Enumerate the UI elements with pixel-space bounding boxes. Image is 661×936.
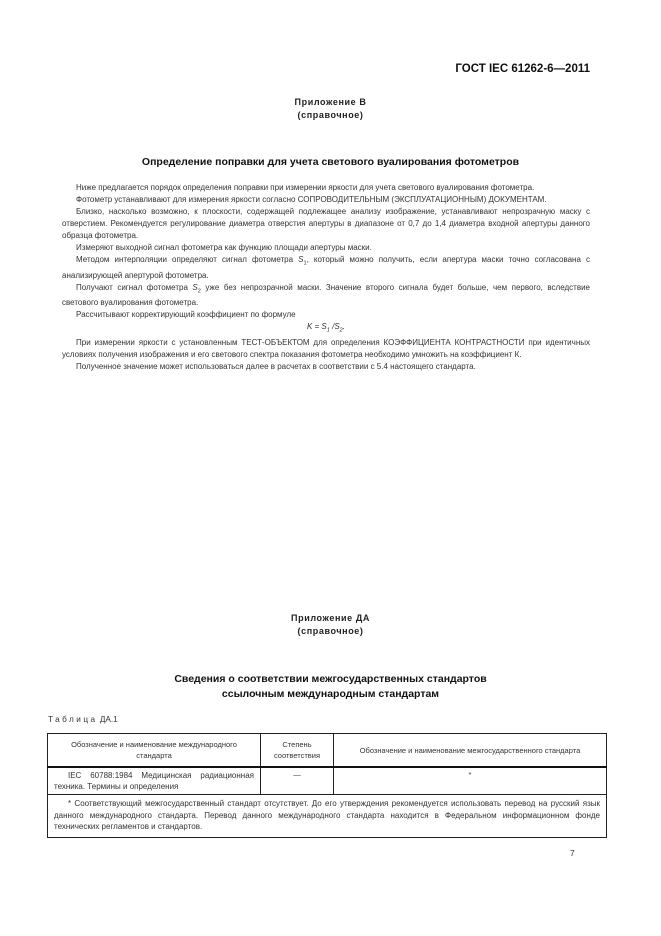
annex-da-heading: Приложение ДА (справочное) bbox=[0, 612, 661, 638]
table-footnote: * Соответствующий межгосударственный ста… bbox=[48, 795, 607, 838]
table-header-row: Обозначение и наименование международног… bbox=[48, 734, 607, 768]
paragraph: Близко, насколько возможно, к плоскости,… bbox=[62, 206, 590, 242]
table-footnote-row: * Соответствующий межгосударственный ста… bbox=[48, 795, 607, 838]
text: Получают сигнал фотометра bbox=[76, 283, 192, 292]
annex-b-body: Ниже предлагается порядок определения по… bbox=[62, 182, 590, 373]
table-cell: — bbox=[261, 767, 334, 795]
document-id: ГОСТ IEC 61262-6—2011 bbox=[440, 63, 590, 75]
column-header: Обозначение и наименование международног… bbox=[48, 734, 261, 768]
paragraph: Ниже предлагается порядок определения по… bbox=[62, 182, 590, 194]
table-cell: * bbox=[334, 767, 607, 795]
formula: K = S1 /S2. bbox=[62, 321, 590, 337]
formula-part: K = S bbox=[307, 322, 327, 331]
annex-da-label: Приложение ДА bbox=[0, 612, 661, 625]
paragraph: При измерении яркости с установленным ТЕ… bbox=[62, 337, 590, 361]
caption-number: ДА.1 bbox=[98, 715, 118, 724]
reference-table: Обозначение и наименование международног… bbox=[47, 733, 607, 838]
text: Методом интерполяции определяют сигнал ф… bbox=[76, 255, 298, 264]
annex-b-title: Определение поправки для учета светового… bbox=[0, 155, 661, 170]
caption-word: Таблица bbox=[48, 715, 98, 724]
page-number: 7 bbox=[570, 848, 575, 858]
table-row: IEC 60788:1984 Медицинская радиационная … bbox=[48, 767, 607, 795]
annex-b-type: (справочное) bbox=[0, 109, 661, 122]
table-caption: Таблица ДА.1 bbox=[48, 715, 118, 724]
column-header: Степень соответствия bbox=[261, 734, 334, 768]
paragraph: Получают сигнал фотометра S2 уже без неп… bbox=[62, 282, 590, 310]
column-header: Обозначение и наименование межгосударств… bbox=[334, 734, 607, 768]
table-cell: IEC 60788:1984 Медицинская радиационная … bbox=[48, 767, 261, 795]
paragraph: Фотометр устанавливают для измерения ярк… bbox=[62, 194, 590, 206]
title-line: ссылочным международным стандартам bbox=[0, 687, 661, 702]
paragraph: Измеряют выходной сигнал фотометра как ф… bbox=[62, 242, 590, 254]
annex-b-label: Приложение В bbox=[0, 96, 661, 109]
paragraph: Рассчитывают корректирующий коэффициент … bbox=[62, 309, 590, 321]
annex-b-heading: Приложение В (справочное) bbox=[0, 96, 661, 122]
paragraph: Полученное значение может использоваться… bbox=[62, 361, 590, 373]
formula-part: . bbox=[343, 322, 345, 331]
annex-da-type: (справочное) bbox=[0, 625, 661, 638]
annex-da-title: Сведения о соответствии межгосударственн… bbox=[0, 672, 661, 702]
formula-part: /S bbox=[330, 322, 340, 331]
title-line: Сведения о соответствии межгосударственн… bbox=[0, 672, 661, 687]
paragraph: Методом интерполяции определяют сигнал ф… bbox=[62, 254, 590, 282]
